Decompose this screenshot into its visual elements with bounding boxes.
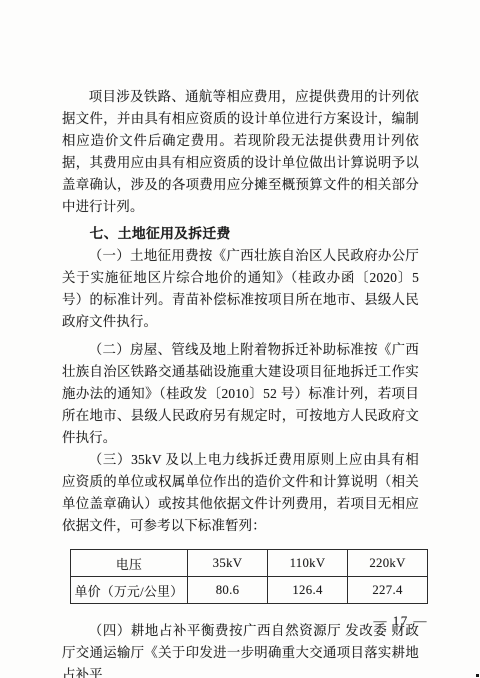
- page-number: — 17 —: [374, 610, 429, 632]
- table-cell-unit-price-label: 单价（万元/公里）: [71, 577, 188, 604]
- scan-artifact-dot: [476, 674, 479, 677]
- table-cell-price-35kv: 80.6: [188, 577, 268, 604]
- paragraph-three: （三）35kV 及以上电力线拆迁费用原则上应由具有相应资质的单位或权属单位作出的…: [62, 449, 419, 537]
- table-cell-price-220kv: 227.4: [348, 577, 428, 604]
- table-cell-voltage-label: 电压: [71, 550, 188, 577]
- paragraph-intro: 项目涉及铁路、通航等相应费用，应提供费用的计列依据文件，并由具有相应资质的设计单…: [62, 86, 419, 218]
- document-page: 项目涉及铁路、通航等相应费用，应提供费用的计列依据文件，并由具有相应资质的设计单…: [0, 0, 480, 678]
- section-heading-seven: 七、土地征用及拆迁费: [62, 223, 419, 245]
- table-cell-price-110kv: 126.4: [268, 577, 348, 604]
- paragraph-one: （一）土地征用费按《广西壮族自治区人民政府办公厅关于实施征地区片综合地价的通知》…: [62, 245, 419, 333]
- paragraph-four: （四）耕地占补平衡费按广西自然资源厅 发改委 财政厅交通运输厅《关于印发进一步明…: [62, 620, 419, 678]
- table-cell-220kv: 220kV: [348, 550, 428, 577]
- table-header-row: 电压 35kV 110kV 220kV: [71, 550, 428, 577]
- voltage-price-table: 电压 35kV 110kV 220kV 单价（万元/公里） 80.6 126.4…: [70, 549, 428, 604]
- table-cell-110kv: 110kV: [268, 550, 348, 577]
- table-row-unit-price: 单价（万元/公里） 80.6 126.4 227.4: [71, 577, 428, 604]
- paragraph-two: （二）房屋、管线及地上附着物拆迁补助标准按《广西壮族自治区铁路交通基础设施重大建…: [62, 339, 419, 449]
- table-cell-35kv: 35kV: [188, 550, 268, 577]
- document-body: 项目涉及铁路、通航等相应费用，应提供费用的计列依据文件，并由具有相应资质的设计单…: [62, 86, 419, 678]
